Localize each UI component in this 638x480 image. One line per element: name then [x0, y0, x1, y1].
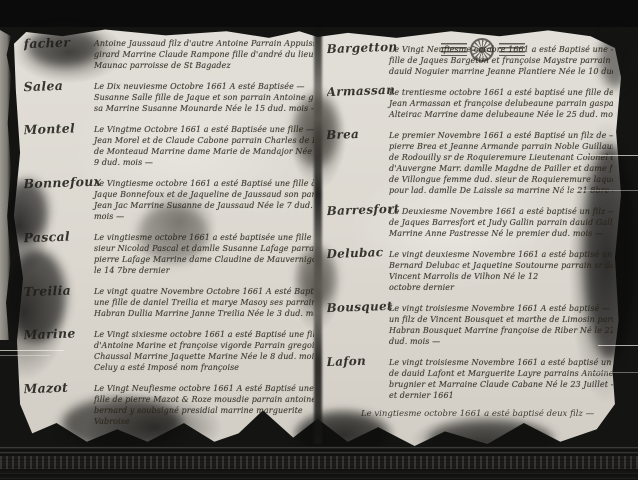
margin-surname: Delubac: [327, 245, 390, 294]
register-scan: facherAntoine Jaussaud filz d'autre Anto…: [0, 0, 638, 480]
entry-line: de Monteaud Marrine dame Marie de Mandaj…: [94, 146, 314, 157]
register-entry: MazotLe Vingt Neufiesme octobre 1661 A e…: [24, 380, 314, 427]
entry-line: Le Vingt Neufiesme octobre 1661 a esté B…: [389, 44, 613, 55]
entry-line: une fille de daniel Treilia et marye Mas…: [94, 297, 314, 308]
entry-line: mois —: [94, 211, 314, 222]
entry-line: et dernier 1661: [389, 390, 613, 401]
register-entry: LafonLe vingt troisiesme Novembre 1661 a…: [327, 354, 613, 401]
entry-body: Le Vingt Neufiesme octobre 1661 A esté B…: [94, 380, 314, 427]
entry-line: Habran Bousquet Marrine françoise de Rib…: [389, 325, 613, 336]
entry-line: pierre Brea et Jeanne Armande parrain No…: [389, 141, 613, 152]
register-entry: PascalLe vingtiesme octobre 1661 a esté …: [24, 229, 314, 276]
entry-line: dauid Noguier marrine Jeanne Plantiere N…: [389, 66, 613, 77]
entry-line: sa Marrine Susanne Mounarde Née le 15 du…: [94, 103, 314, 114]
entry-body: Le Vingtiesme octobre 1661 a esté Baptis…: [94, 175, 314, 222]
entry-body: Le vingt quatre Novembre Octobre 1661 A …: [94, 283, 314, 319]
entry-line: girard Marrine Claude Rampone fille d'an…: [94, 49, 314, 60]
entry-line: Jean Jac Marrine Susanne de Jaussaud Née…: [94, 200, 314, 211]
entry-line: Le Vingtiesme octobre 1661 a esté Baptis…: [94, 178, 314, 189]
entry-line: Jaque Bonnefoux et de Jaqueline de Jauss…: [94, 189, 314, 200]
entry-line: Le vingt deuxiesme Novembre 1661 a esté …: [389, 249, 613, 260]
margin-surname: Bargetton: [327, 41, 390, 78]
closing-line: Le vingtiesme octobre 1661 a esté baptis…: [361, 408, 613, 420]
entry-line: de dauid Lafont et Marguerite Layre parr…: [389, 368, 613, 379]
entry-line: d'Antoine Marine et françoise vigorde Pa…: [94, 340, 314, 351]
register-entry: BonnefouxLe Vingtiesme octobre 1661 a es…: [24, 175, 314, 222]
entry-line: Celuy a esté Imposé nom françoise: [94, 362, 314, 373]
register-entry: TreiliaLe vingt quatre Novembre Octobre …: [24, 283, 314, 319]
scratch-line: [560, 190, 638, 191]
entry-line: dud. mois —: [389, 336, 613, 347]
entry-line: Le vingt troisiesme Novembre 1661 A esté…: [389, 303, 613, 314]
entry-body: Le vingt deuxiesme Novembre 1661 a esté …: [389, 246, 613, 293]
entry-line: Le vingt quatre Novembre Octobre 1661 A …: [94, 286, 314, 297]
entry-body: Le trentiesme octobre 1661 a esté baptis…: [389, 84, 613, 120]
margin-surname: Armassan: [327, 83, 390, 121]
scratch-line: [0, 447, 638, 448]
entry-line: Chaussal Marrine Jaquette Marine Née le …: [94, 351, 314, 362]
register-entry: ArmassanLe trentiesme octobre 1661 a est…: [327, 84, 613, 120]
margin-surname: Treilia: [24, 282, 95, 320]
entry-line: Bernard Delubac et Jaquetine Soutourne p…: [389, 260, 613, 271]
entry-line: Alteirac Marrine dame delubeaune Née le …: [389, 109, 613, 120]
register-entry: BreaLe premier Novembre 1661 a esté Bapt…: [327, 127, 613, 196]
entry-line: Le Vingt sixiesme octobre 1661 a esté Ba…: [94, 329, 314, 340]
entry-body: Le vingt troisiesme Novembre 1661 A esté…: [389, 300, 613, 347]
entry-body: Le vingt troisiesme Novembre 1661 a esté…: [389, 354, 613, 401]
scratch-line: [0, 355, 50, 356]
entry-line: pierre Lafage Marrine dame Claudine de M…: [94, 254, 314, 265]
entry-line: Le Vingt Neufiesme octobre 1661 A esté B…: [94, 383, 314, 394]
margin-surname: Lafon: [327, 353, 390, 402]
entry-line: Maunac parroisse de St Bagadez: [94, 60, 314, 71]
scratch-line: [598, 345, 638, 346]
entry-line: Jean Armassan et françoise delubeaune pa…: [389, 98, 613, 109]
left-page: facherAntoine Jaussaud filz d'autre Anto…: [24, 35, 314, 437]
right-page: BargettonLe Vingt Neufiesme octobre 1661…: [327, 41, 613, 441]
margin-surname: facher: [24, 35, 95, 72]
entry-line: Le vingtiesme octobre 1661 a esté baptis…: [94, 232, 314, 243]
entry-line: Jean Morel et de Claude Cabone parrain C…: [94, 135, 314, 146]
margin-surname: Mazot: [24, 379, 95, 428]
entry-line: Marrine Anne Pastresse Né le premier dud…: [389, 228, 613, 239]
entry-line: Le Dix neuviesme Octobre 1661 A esté Bap…: [94, 81, 314, 92]
entry-line: Susanne Salle fille de Jaque et son parr…: [94, 92, 314, 103]
register-entry: MarineLe Vingt sixiesme octobre 1661 a e…: [24, 326, 314, 373]
entry-line: Le premier Novembre 1661 a esté Baptisé …: [389, 130, 613, 141]
entry-line: octobre dernier: [389, 282, 613, 293]
entry-body: Le Vingtme Octobre 1661 a esté Baptisée …: [94, 121, 314, 168]
entry-body: Antoine Jaussaud filz d'autre Antoine Pa…: [94, 35, 314, 71]
scratch-line: [574, 155, 638, 156]
entry-body: Le Vingt sixiesme octobre 1661 a esté Ba…: [94, 326, 314, 373]
entry-line: Le Vingtme Octobre 1661 a esté Baptisée …: [94, 124, 314, 135]
entry-body: Le Dix neuviesme Octobre 1661 A esté Bap…: [94, 78, 314, 114]
entry-line: fille de pierre Mazot & Roze mousdie par…: [94, 394, 314, 405]
entry-line: Le Deuxiesme Novembre 1661 a esté baptis…: [389, 206, 613, 217]
register-entry: MontelLe Vingtme Octobre 1661 a esté Bap…: [24, 121, 314, 168]
margin-surname: Brea: [327, 126, 390, 197]
entry-line: un filz de Vincent Bousquet et marthe de…: [389, 314, 613, 325]
entry-line: Vincent Marrolis de Vilhon Né le 12: [389, 271, 613, 282]
margin-surname: Montel: [24, 120, 95, 169]
entry-line: Antoine Jaussaud filz d'autre Antoine Pa…: [94, 38, 314, 49]
scratch-line: [0, 350, 64, 351]
margin-surname: Barresfort: [327, 202, 390, 240]
entry-line: bernard y soubsigné presidial marrine ma…: [94, 405, 314, 416]
register-entry: facherAntoine Jaussaud filz d'autre Anto…: [24, 35, 314, 71]
scanner-texture-band: [0, 456, 638, 469]
entry-line: le 14 7bre dernier: [94, 265, 314, 276]
scratch-line: [0, 452, 638, 453]
register-entry: SaleaLe Dix neuviesme Octobre 1661 A est…: [24, 78, 314, 114]
entry-line: Le trentiesme octobre 1661 a esté baptis…: [389, 87, 613, 98]
entry-body: Le Deuxiesme Novembre 1661 a esté baptis…: [389, 203, 613, 239]
entry-line: d'Auvergne Marr. damlle Magdne de Paille…: [389, 163, 613, 174]
margin-surname: Pascal: [24, 228, 95, 277]
entry-line: fille de Jaques Bargeton et françoise Ma…: [389, 55, 613, 66]
entry-body: Le vingtiesme octobre 1661 a esté baptis…: [94, 229, 314, 276]
entry-line: de Villongue femme dud. sieur de Roquier…: [389, 174, 613, 185]
register-entry: BarresfortLe Deuxiesme Novembre 1661 a e…: [327, 203, 613, 239]
entry-line: sieur Nicolad Pascal et damlle Susanne L…: [94, 243, 314, 254]
scratch-line: [588, 372, 638, 373]
margin-surname: Bonnefoux: [24, 174, 95, 223]
entry-line: brugnier et Marraine Claude Cabane Né le…: [389, 379, 613, 390]
entry-line: Le vingt troisiesme Novembre 1661 a esté…: [389, 357, 613, 368]
register-entry: BousquetLe vingt troisiesme Novembre 166…: [327, 300, 613, 347]
entry-line: de Jaques Barresfort et Judy Gallin parr…: [389, 217, 613, 228]
center-fold: [314, 28, 322, 444]
margin-surname: Bousquet: [327, 299, 390, 348]
entry-body: Le Vingt Neufiesme octobre 1661 a esté B…: [389, 41, 613, 77]
entry-body: Le premier Novembre 1661 a esté Baptisé …: [389, 127, 613, 196]
entry-line: de Rodouilly sr de Roquieremure Lieutena…: [389, 152, 613, 163]
entry-line: Habran Dullia Marrine Janne Treilia Née …: [94, 308, 314, 319]
register-entry: DelubacLe vingt deuxiesme Novembre 1661 …: [327, 246, 613, 293]
register-entry: BargettonLe Vingt Neufiesme octobre 1661…: [327, 41, 613, 77]
entry-line: 9 dud. mois —: [94, 157, 314, 168]
entry-line: Vabroise: [94, 416, 314, 427]
margin-surname: Salea: [24, 77, 95, 115]
